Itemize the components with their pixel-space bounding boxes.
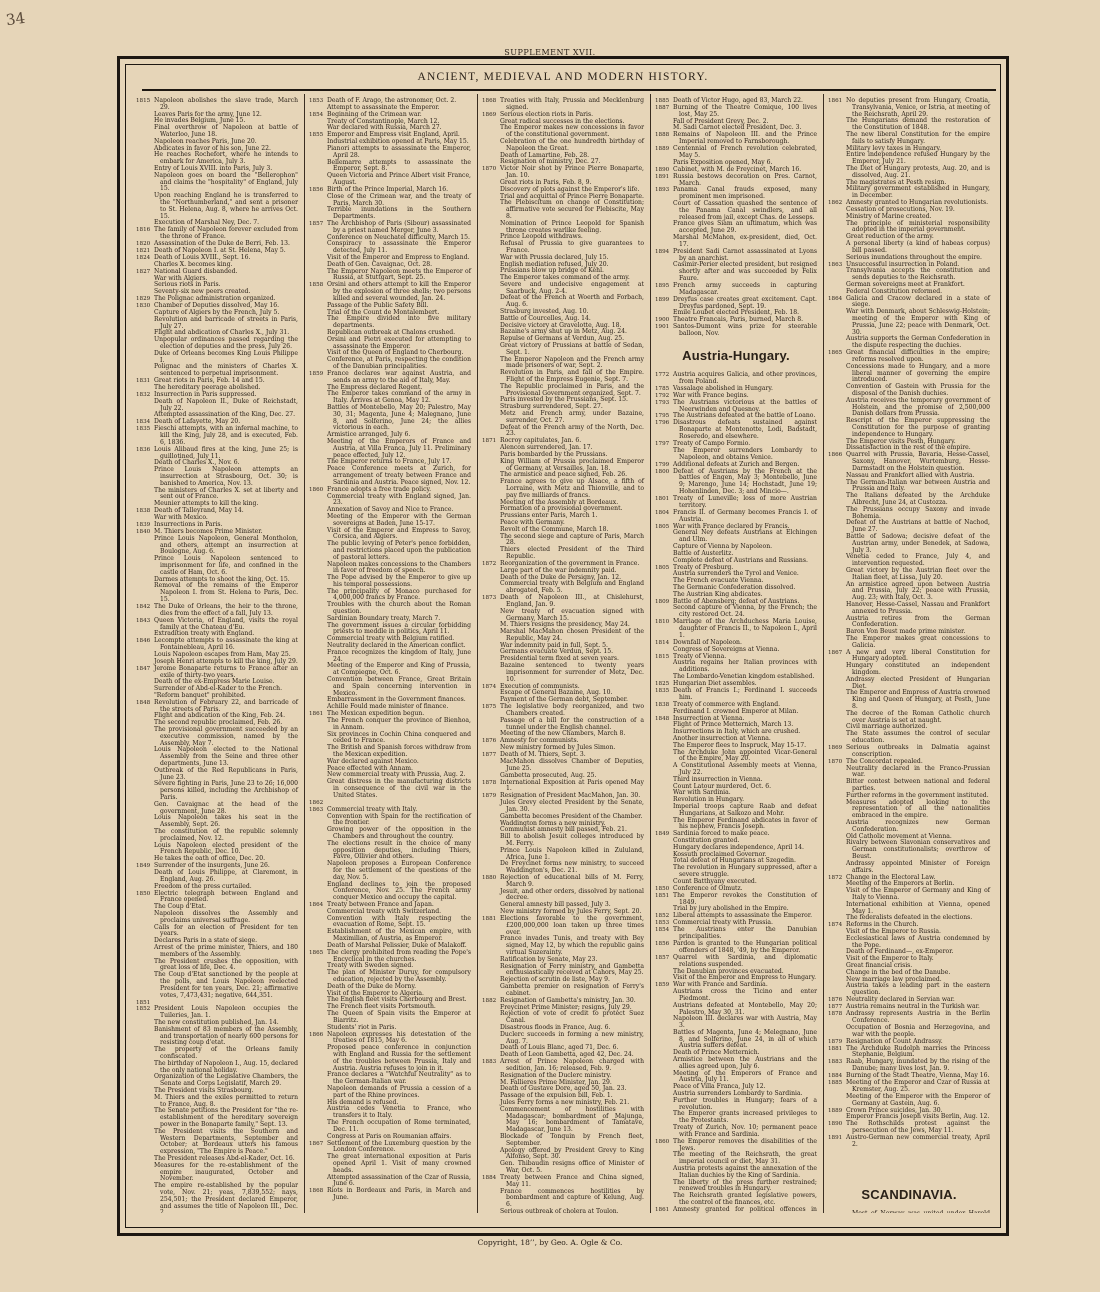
entry-year: 1792 xyxy=(655,393,673,400)
event-text: Commercial treaty with Belgium and Engla… xyxy=(500,581,644,595)
entry-events: Resignation of Gambetta's ministry, Jan.… xyxy=(500,998,644,1059)
timeline-entry: 1824Death of Louis XVIII., Sept. 16.Char… xyxy=(136,255,298,269)
entry-year: 1881 xyxy=(828,1046,846,1060)
entry-year: 1879 xyxy=(482,793,500,875)
entry-events: Lecompte attempts to assassinate the kin… xyxy=(154,638,298,665)
timeline-entry: 1801Treaty of Luneville; loss of more Au… xyxy=(655,496,817,510)
event-text: France recognizes the kingdom of Italy, … xyxy=(327,650,471,664)
event-text: Meeting of the Emperor and Czar of Russi… xyxy=(846,1080,990,1094)
entry-events: Treaty of Vienna.Austria regains her Ita… xyxy=(673,654,817,681)
entry-events: Elections favorable to the government, £… xyxy=(500,916,644,998)
entry-list: 1861No deputies present from Hungary, Cr… xyxy=(828,98,990,1149)
event-text: Napoleon abolishes the slave trade, Marc… xyxy=(154,98,298,112)
column-4-france-austria: 1885Death of Victor Hugo, aged 83, March… xyxy=(651,94,824,1213)
event-text: Bitter contest between national and fede… xyxy=(846,779,990,793)
event-text: Convention of Gastein with Prussia for t… xyxy=(846,384,990,398)
entry-year: 1793 xyxy=(655,400,673,414)
event-text: Austria recognizes new German Confederat… xyxy=(846,820,990,834)
event-text: Austrians cross the Ticino and enter Pie… xyxy=(673,989,817,1003)
event-text: Queen Victoria, of England, visits the r… xyxy=(154,618,298,632)
entry-year: 1852 xyxy=(136,1006,154,1213)
event-text: Meeting of the Emperors of France and Au… xyxy=(673,1071,817,1085)
event-text: Ecclesiastical laws of Austria condemned… xyxy=(846,936,990,950)
event-text: The Queen of Spain visits the Emperor at… xyxy=(327,1011,471,1025)
event-text: Bill to abolish Jesuit colleges introduc… xyxy=(500,834,644,848)
entry-year: 1840 xyxy=(136,529,154,604)
entry-events: Burning of the Theatre Comique, 100 live… xyxy=(673,105,817,132)
timeline-entry: 1816The family of Napoleon forever exclu… xyxy=(136,227,298,241)
timeline-entry: 1883Raab, Hungary, inundated by the risi… xyxy=(828,1059,990,1073)
entry-year: 1821 xyxy=(136,248,154,255)
event-text: Arrest of the prime minister, Thiers, an… xyxy=(154,945,298,959)
event-text: Remains of Napoleon III. and the Prince … xyxy=(673,132,817,146)
entry-year: 1853 xyxy=(309,98,327,112)
event-text: The Republic proclaimed in Paris, and th… xyxy=(500,384,644,398)
event-text: Establishment of the Mexican empire, wit… xyxy=(327,929,471,943)
event-text: Resignation of Ferry ministry, and Gambe… xyxy=(500,964,644,978)
entry-events: Surrender of the insurgents, June 26.Dea… xyxy=(154,863,298,890)
timeline-entry: 1797Treaty of Campo Formio.The Emperor s… xyxy=(655,441,817,461)
timeline-entry: 1838Treaty of commerce with England.Ferd… xyxy=(655,702,817,716)
event-text: The Emperor makes new concessions in fav… xyxy=(500,125,644,139)
timeline-entry: 1855Emperor and Empress visit England, A… xyxy=(309,132,471,186)
event-text: Entire independence refused Hungary by t… xyxy=(846,152,990,166)
entry-events: France adopts a free trade policy.Commer… xyxy=(327,487,471,711)
event-text: France invades Tunis, and treaty with Be… xyxy=(500,936,644,956)
event-text: The Rothschilds protest against the pers… xyxy=(846,1121,990,1135)
entry-year: 1877 xyxy=(828,1004,846,1011)
entry-events: Napoleon expresses his detestation of th… xyxy=(327,1032,471,1141)
entry-events: Quarrel with Prussia, Bavaria, Hesse-Cas… xyxy=(846,452,990,649)
timeline-entry: 1815Napoleon abolishes the slave trade, … xyxy=(136,98,298,227)
entry-events: No deputies present from Hungary, Croati… xyxy=(846,98,990,200)
event-text: Francis II. of Germany becomes Francis I… xyxy=(673,510,817,524)
event-text: The principle of ministerial responsibil… xyxy=(846,221,990,235)
entry-events: Death of Francis I.; Ferdinand I. succee… xyxy=(673,688,817,702)
entry-events: Chamber of Deputies dissolved, May 16.Ca… xyxy=(154,303,298,378)
event-text: Elections favorable to the government, £… xyxy=(500,916,644,936)
event-text: Treaty between France and China signed, … xyxy=(500,1175,644,1189)
entry-events: Galicia and Cracow declared in a state o… xyxy=(846,296,990,350)
timeline-entry: 1848Revolution of February 22, and barri… xyxy=(136,700,298,863)
scandinavia-intro: Most of Norway was united under Harold H… xyxy=(828,1211,990,1213)
timeline-entry: 1857Quarrel with Sardinia, and diplomati… xyxy=(655,955,817,982)
entry-year: 1880 xyxy=(482,875,500,916)
entry-year: 1804 xyxy=(655,510,673,524)
timeline-entry: 1805Treaty of Presburg.Austria surrender… xyxy=(655,565,817,599)
entry-events: Insurrection in Paris suppressed.Death o… xyxy=(154,392,298,419)
entry-year: 1835 xyxy=(136,426,154,446)
entry-events: Battle of Abensberg; defeat of Austrians… xyxy=(673,599,817,619)
timeline-entry: 1846Lecompte attempts to assassinate the… xyxy=(136,638,298,665)
timeline-entry: 1852President Louis Napoleon occupies th… xyxy=(136,1006,298,1213)
timeline-entry: 1847Jerome Bonaparte returns to France a… xyxy=(136,666,298,700)
event-text: President Sadi Carnot assassinated at Ly… xyxy=(673,249,817,263)
event-text: Marriage of the Archduchess Maria Louise… xyxy=(673,619,817,639)
event-text: Austria receives the temporary governmen… xyxy=(846,398,990,418)
event-text: Blockade of Tonquin by French fleet, Sep… xyxy=(500,1134,644,1148)
entry-events: Austria acquires Galicia, and other prov… xyxy=(673,372,817,386)
entry-year: 1852 xyxy=(655,913,673,920)
event-text: The clergy prohibited from reading the P… xyxy=(327,950,471,964)
entry-list: 1853Death of F. Arago, the astronomer, O… xyxy=(309,98,471,1202)
entry-events: Change in the Electoral Law.Meeting of t… xyxy=(846,875,990,923)
event-text: Serious outbreak of cholera at Toulon. xyxy=(500,1209,644,1213)
timeline-entry: 1888Remains of Napoleon III. and the Pri… xyxy=(655,132,817,146)
event-text: Battle of Sadowa; decisive defeat of the… xyxy=(846,534,990,554)
event-text: The Emperor Napoleon and the French army… xyxy=(500,357,644,371)
event-text: Gen. Thibaudin resigns office of Ministe… xyxy=(500,1161,644,1175)
entry-events: Rocroy capitulates, Jan. 6.Alencon surre… xyxy=(500,438,644,560)
timeline-entry: 1831Great riots in Paris, Feb. 14 and 15… xyxy=(136,378,298,392)
event-text: Riots in Bordeaux and Paris, in March an… xyxy=(327,1188,471,1202)
event-text: The Emperor takes command of the army in… xyxy=(327,391,471,405)
timeline-entry: 1871Rocroy capitulates, Jan. 6.Alencon s… xyxy=(482,438,644,560)
entry-events: Remains of Napoleon III. and the Prince … xyxy=(673,132,817,146)
entry-events: Orsini and others attempt to kill the Em… xyxy=(327,282,471,370)
event-text: The German-Italian war between Austria a… xyxy=(846,480,990,494)
event-text: Troubles with the church about the Roman… xyxy=(327,602,471,616)
event-text: International exhibition at Vienna, open… xyxy=(846,902,990,916)
entry-events: Serious election riots in Paris.Great ra… xyxy=(500,112,644,166)
entry-events: Louis Alibaud fires at the king, June 25… xyxy=(154,447,298,508)
entry-events: M. Thiers becomes Prime Minister.Prince … xyxy=(154,529,298,604)
event-text: Napoleon goes on board the "Bellerophon"… xyxy=(154,173,298,193)
event-text: Nomination of Prince Leopold for Spanish… xyxy=(500,221,644,235)
title-divider xyxy=(142,89,996,91)
entry-year: 1878 xyxy=(828,1011,846,1038)
event-text: France agrees to give up Alsace, a fifth… xyxy=(500,479,644,499)
timeline-entry: 1861No deputies present from Hungary, Cr… xyxy=(828,98,990,200)
event-text: The Diet of Hungary protests, Aug. 20, a… xyxy=(846,166,990,180)
timeline-entry: 1867A new and very liberal Constitution … xyxy=(828,650,990,745)
entry-year: 1846 xyxy=(136,638,154,665)
entry-year: 1860 xyxy=(655,1139,673,1207)
event-text: Lecompte attempts to assassinate the kin… xyxy=(154,638,298,652)
entry-events: Marriage of the Archduchess Maria Louise… xyxy=(673,619,817,639)
event-text: France gives Siam an ultimatum, which wa… xyxy=(673,221,817,235)
entry-year: 1889 xyxy=(828,1108,846,1122)
entry-year: 1862 xyxy=(309,800,327,807)
event-text: An armistice agreed upon between Austria… xyxy=(846,582,990,602)
entry-events: Treaty of commerce with England.Ferdinan… xyxy=(673,702,817,716)
event-text: Hanover, Hesse-Cassel, Nassau and Frankf… xyxy=(846,602,990,616)
event-text: Gen. Cavaignac at the head of the govern… xyxy=(154,802,298,816)
entry-events: Fieschi attempts, with an infernal machi… xyxy=(154,426,298,446)
event-text: The great international exposition at Pa… xyxy=(327,1154,471,1174)
entry-events: A new and very liberal Constitution for … xyxy=(846,650,990,745)
timeline-entry: 1889Crown Prince suicides, Jan. 30.Emper… xyxy=(828,1108,990,1122)
entry-events: The Rothschilds protest against the pers… xyxy=(846,1121,990,1135)
timeline-entry: 1873Death of Napoleon III., at Chislehur… xyxy=(482,595,644,683)
entry-events: Panama Canal frauds exposed, many promin… xyxy=(673,187,817,248)
timeline-entry: 1894President Sadi Carnot assassinated a… xyxy=(655,249,817,283)
entry-year: 1862 xyxy=(828,200,846,261)
timeline-entry: 1885Meeting of the Emperor and Czar of R… xyxy=(828,1080,990,1107)
event-text: The Prussians occupy Saxony and invade B… xyxy=(846,507,990,521)
event-text: Napoleon III. declares war with Austria,… xyxy=(673,1016,817,1030)
event-text: War with Denmark, about Schleswig-Holste… xyxy=(846,309,990,336)
entry-events: The Austrians enter the Danubian princip… xyxy=(673,927,817,941)
timeline-entry: 1883Arrest of Prince Napoleon charged wi… xyxy=(482,1059,644,1175)
entry-events: Settlement of the Luxemburg question by … xyxy=(327,1141,471,1189)
event-text: Bellemarre attempts to assassinate the E… xyxy=(327,160,471,174)
event-text: Electric telegraph between England and F… xyxy=(154,891,298,905)
entry-events: Birth of the Prince Imperial, March 16.C… xyxy=(327,187,471,221)
entry-events: Centennial of French revolution celebrat… xyxy=(673,146,817,166)
entry-year: 1859 xyxy=(655,982,673,1138)
event-text: Andrassy elected President of Hungarian … xyxy=(846,677,990,691)
entry-year: 1872 xyxy=(482,561,500,595)
event-text: Great victory of Prussians at battle of … xyxy=(500,343,644,357)
event-text: Quarrel with Prussia, Bavaria, Hesse-Cas… xyxy=(846,452,990,472)
timeline-entry: 1857The Archbishop of Paris (Sibour) ass… xyxy=(309,221,471,282)
event-text: Napoleon makes concessions to the Chambe… xyxy=(327,562,471,576)
entry-events: Victor Noir shot by Prince Pierre Bonapa… xyxy=(500,166,644,438)
event-text: Severe and undecisive engagement at Saar… xyxy=(500,282,644,296)
event-text: Napoleon expresses his detestation of th… xyxy=(327,1032,471,1046)
event-text: Jules Grevy elected President by the Sen… xyxy=(500,800,644,814)
timeline-entry: 1804Francis II. of Germany becomes Franc… xyxy=(655,510,817,524)
event-text: MacMahon dissolves Chamber of Deputies, … xyxy=(500,759,644,773)
event-text: Visit of the Emperor of Germany and King… xyxy=(846,888,990,902)
event-text: Organization of the Legislative Chambers… xyxy=(154,1074,298,1088)
timeline-entry: 1835Fieschi attempts, with an infernal m… xyxy=(136,426,298,446)
event-text: The Emperor and Empress of Austria crown… xyxy=(846,690,990,710)
entry-year: 1863 xyxy=(828,262,846,296)
event-text: Prince Louis Napoleon killed in Zululand… xyxy=(500,848,644,862)
event-text: Removal of the remains of the Emperor Na… xyxy=(154,583,298,603)
entry-year: 1888 xyxy=(655,132,673,146)
timeline-entry: 1827National Guard disbanded.War with Al… xyxy=(136,269,298,296)
event-text: Concessions made to Hungary, and a more … xyxy=(846,364,990,384)
event-text: The public levying of Peter's pence forb… xyxy=(327,541,471,561)
timeline-entry: 1814Downfall of Napoleon.Congress of Sov… xyxy=(655,640,817,654)
timeline-entry: 1832Insurrection in Paris suppressed.Dea… xyxy=(136,392,298,419)
timeline-entry: 1866Quarrel with Prussia, Bavaria, Hesse… xyxy=(828,452,990,649)
event-text: Santos-Dumont wins prize for steerable b… xyxy=(673,324,817,338)
event-text: The Pope advised by the Emperor to give … xyxy=(327,575,471,589)
event-text: Austria takes a leading part in the east… xyxy=(846,983,990,997)
event-text: Prince Louis Napoleon, General Montholon… xyxy=(154,536,298,556)
event-text: Marshal MacMahon chosen President of the… xyxy=(500,629,644,643)
entry-events: Treaty of Presburg.Austria surrenders th… xyxy=(673,565,817,599)
entry-events: Great riots in Paris, Feb. 14 and 15.The… xyxy=(154,378,298,392)
entry-events: Emperor and Empress visit England, April… xyxy=(327,132,471,186)
event-text: General Ney defeats Austrians at Elching… xyxy=(673,530,817,544)
entry-year: 1799 xyxy=(655,462,673,469)
event-text: Upon reaching England he is transferred … xyxy=(154,193,298,220)
event-text: Transylvania accepts the constitution an… xyxy=(846,268,990,282)
event-text: The constitution of the republic solemnl… xyxy=(154,829,298,843)
event-text: Austria regains her Italian provinces wi… xyxy=(673,660,817,674)
entry-year: 1859 xyxy=(309,371,327,487)
entry-events: Commercial treaty with Italy.Convention … xyxy=(327,807,471,902)
timeline-entry: 1793The Austrians victorious at the batt… xyxy=(655,400,817,414)
event-text: International Exposition at Paris opened… xyxy=(500,780,644,794)
event-text: Austro-German new commercial treaty, Apr… xyxy=(846,1135,990,1149)
entry-year: 1814 xyxy=(655,640,673,654)
entry-events: President Sadi Carnot assassinated at Ly… xyxy=(673,249,817,283)
event-text: Revolution in Paris, and fall of the Emp… xyxy=(500,370,644,384)
event-text: Victor Noir shot by Prince Pierre Bonapa… xyxy=(500,166,644,180)
timeline-entry: 1870Victor Noir shot by Prince Pierre Bo… xyxy=(482,166,644,438)
column-5-austria-scandinavia: 1861No deputies present from Hungary, Cr… xyxy=(824,94,996,1213)
event-text: Metz and French army, under Bazaine, sur… xyxy=(500,411,644,425)
column-1-france: 1815Napoleon abolishes the slave trade, … xyxy=(132,94,305,1213)
entry-list: 1885Death of Victor Hugo, aged 83, March… xyxy=(655,98,817,338)
entry-list: 1815Napoleon abolishes the slave trade, … xyxy=(136,98,298,1213)
entry-year: 1883 xyxy=(828,1059,846,1073)
entry-events: Treaties with Italy, Prussia and Mecklen… xyxy=(500,98,644,112)
timeline-entry: 1849Surrender of the insurgents, June 26… xyxy=(136,863,298,890)
entry-year: 1853 xyxy=(655,920,673,927)
timeline-entry: 1877Death of M. Thiers, Sept. 3.MacMahon… xyxy=(482,752,644,779)
entry-year: 1856 xyxy=(655,941,673,955)
event-text: Treaty of Zurich, Nov. 10; permanent pea… xyxy=(673,1125,817,1139)
entry-events: Dreyfus case creates great excitement. C… xyxy=(673,297,817,317)
entry-year: 1861 xyxy=(309,711,327,799)
event-text: The Archbishop of Paris (Sibour) assassi… xyxy=(327,221,471,235)
page-frame-inner: ANCIENT, MEDIEVAL AND MODERN HISTORY. 18… xyxy=(125,64,1001,1228)
entry-year: 1876 xyxy=(828,997,846,1004)
event-text: Treaties with Italy, Prussia and Mecklen… xyxy=(500,98,644,112)
event-text: No deputies present from Hungary, Croati… xyxy=(846,98,990,118)
event-text: Raab, Hungary, inundated by the rising o… xyxy=(846,1059,990,1073)
timeline-entry: 1887Burning of the Theatre Comique, 100 … xyxy=(655,105,817,132)
timeline-entry: 1859War with France and Sardinia.Austria… xyxy=(655,982,817,1138)
event-text: New treaty of evacuation signed with Ger… xyxy=(500,609,644,623)
timeline-entry: 1882Resignation of Gambetta's ministry, … xyxy=(482,998,644,1059)
entry-year: 1877 xyxy=(482,752,500,779)
event-text: Marshal McMahon, ex-president, died, Oct… xyxy=(673,235,817,249)
entry-year: 1856 xyxy=(309,187,327,221)
event-text: Duke of Orleans becomes King Louis Phili… xyxy=(154,351,298,365)
event-text: M. Thiers and the exiles permitted to re… xyxy=(154,1095,298,1109)
entry-year: 1890 xyxy=(655,167,673,174)
entry-year: 1894 xyxy=(655,249,673,283)
timeline-entry: 1878International Exposition at Paris op… xyxy=(482,780,644,794)
event-text: Meeting of the Emperor with the German s… xyxy=(327,514,471,528)
event-text: Austria retires from the German Confeder… xyxy=(846,616,990,630)
timeline-entry: 1805War with France declared by Francis.… xyxy=(655,524,817,565)
entry-events: Revolution of February 22, and barricade… xyxy=(154,700,298,863)
event-text: Revolution of February 22, and barricade… xyxy=(154,700,298,714)
entry-year: 1772 xyxy=(655,372,673,386)
event-text: Death of Napoleon III., at Chislehurst, … xyxy=(500,595,644,609)
timeline-entry: 1860France adopts a free trade policy.Co… xyxy=(309,487,471,711)
timeline-entry: 1868Riots in Bordeaux and Paris, in Marc… xyxy=(309,1188,471,1202)
entry-events: Great financial difficulties in the empi… xyxy=(846,350,990,452)
event-text: The revolution in Hungary suppressed, af… xyxy=(673,865,817,879)
event-text: Arrest of Prince Napoleon charged with s… xyxy=(500,1059,644,1073)
entry-events: President Louis Napoleon occupies the Tu… xyxy=(154,1006,298,1213)
timeline-entry: 1858Orsini and others attempt to kill th… xyxy=(309,282,471,370)
timeline-entry: 1815Treaty of Vienna.Austria regains her… xyxy=(655,654,817,681)
entry-events: Francis II. of Germany becomes Francis I… xyxy=(673,510,817,524)
event-text: Military government established in Hunga… xyxy=(846,186,990,200)
event-text: Venetia ceded to France, July 4, and int… xyxy=(846,554,990,568)
event-text: Pianori attempts to assassinate the Empe… xyxy=(327,146,471,160)
entry-year: 1869 xyxy=(482,112,500,166)
event-text: Jesuit, and other orders, dissolved by n… xyxy=(500,889,644,903)
entry-year: 1864 xyxy=(828,296,846,350)
event-text: Death of Napoleon II., Duke of Reichstad… xyxy=(154,399,298,413)
timeline-entry: 1899Dreyfus case creates great excitemen… xyxy=(655,297,817,317)
event-text: Austria supports the German Confederatio… xyxy=(846,336,990,350)
event-text: Terrible inundations in the Southern Dep… xyxy=(327,207,471,221)
event-text: Rejection of educational bills of M. Fer… xyxy=(500,875,644,889)
event-text: The liberty of the press further restrai… xyxy=(673,1180,817,1194)
entry-year: 1871 xyxy=(482,438,500,560)
event-text: Battles of Magenta, June 4; Melegnano, J… xyxy=(673,1030,817,1050)
column-3-france: 1868Treaties with Italy, Prussia and Mec… xyxy=(478,94,651,1213)
section-heading-austria-hungary: Austria-Hungary. xyxy=(655,348,817,364)
entry-events: Death of Louis XVIII., Sept. 16.Charles … xyxy=(154,255,298,269)
entry-year: 1864 xyxy=(309,902,327,950)
event-text: Prince Louis Napoleon attempts an insurr… xyxy=(154,467,298,487)
event-text: The Duke of Orleans, the heir to the thr… xyxy=(154,604,298,618)
event-text: Orsini and others attempt to kill the Em… xyxy=(327,282,471,302)
entry-events: Russia bestows decoration on Pres. Carno… xyxy=(673,174,817,188)
entry-year: 1795 xyxy=(655,413,673,420)
event-text: Unpopular ordinances passed regarding th… xyxy=(154,337,298,351)
event-text: Passage of a bill for the construction o… xyxy=(500,718,644,732)
event-text: The Emperor makes great concessions to G… xyxy=(846,636,990,650)
timeline-entry: 1865The clergy prohibited from reading t… xyxy=(309,950,471,1032)
event-text: France declares war against Austria, and… xyxy=(327,371,471,385)
event-text: The second siege and capture of Paris, M… xyxy=(500,534,644,548)
event-text: The Emperor revokes the Constitution of … xyxy=(673,893,817,907)
event-text: President Louis Napoleon occupies the Tu… xyxy=(154,1006,298,1020)
entry-events: Defeat of Austrians by the French at the… xyxy=(673,469,817,496)
entry-year: 1867 xyxy=(309,1141,327,1189)
event-text: The government issues a circular forbidd… xyxy=(327,623,471,637)
entry-year: 1785 xyxy=(655,386,673,393)
event-text: Meeting of the Emperors of France and Au… xyxy=(327,439,471,459)
event-text: Great financial difficulties in the empi… xyxy=(846,350,990,364)
event-text: England declines to join the proposed Co… xyxy=(327,882,471,902)
event-text: Andrassy appointed Minister of Foreign a… xyxy=(846,861,990,875)
event-text: Defeat of Austrians by the French at the… xyxy=(673,469,817,496)
timeline-entry: 1880Rejection of educational bills of M.… xyxy=(482,875,644,916)
entry-year: 1851 xyxy=(655,893,673,913)
event-text: Great distress in the manufacturing dist… xyxy=(327,779,471,799)
entry-events: The Archbishop of Paris (Sibour) assassi… xyxy=(327,221,471,282)
event-text: De Freycinet forms new ministry, to succ… xyxy=(500,861,644,875)
event-text: Thiers elected President of the Third Re… xyxy=(500,547,644,561)
entry-year: 1809 xyxy=(655,599,673,619)
event-text: Rejection of vote of credit to protect S… xyxy=(500,1011,644,1025)
event-text: Apology offered by President Grevy to Ki… xyxy=(500,1148,644,1162)
event-text: The British and Spanish forces withdraw … xyxy=(327,745,471,759)
timeline-entry: 1809Battle of Abensberg; defeat of Austr… xyxy=(655,599,817,619)
entry-events: Treaty between France and Japan.Commerci… xyxy=(327,902,471,950)
entry-events: French army succeeds in capturing Madaga… xyxy=(673,283,817,297)
entry-year: 1863 xyxy=(309,807,327,902)
entry-year: 1861 xyxy=(655,1207,673,1213)
entry-events: The Archduke Rudolph marries the Princes… xyxy=(846,1046,990,1060)
timeline-entry: 1810Marriage of the Archduchess Maria Lo… xyxy=(655,619,817,639)
event-text: The provisional government succeeded by … xyxy=(154,727,298,747)
event-text: Treaty of Luneville; loss of more Austri… xyxy=(673,496,817,510)
event-text: The elections result in the choice of ma… xyxy=(327,841,471,861)
entry-year: 1874 xyxy=(828,922,846,997)
entry-events: The Concordat repealed.Neutrality declar… xyxy=(846,759,990,875)
timeline-entry: 1796Disastrous defeats sustained against… xyxy=(655,420,817,440)
event-text: Growing power of the opposition in the C… xyxy=(327,827,471,841)
event-text: Commencement of hostilities with Madagas… xyxy=(500,1107,644,1134)
